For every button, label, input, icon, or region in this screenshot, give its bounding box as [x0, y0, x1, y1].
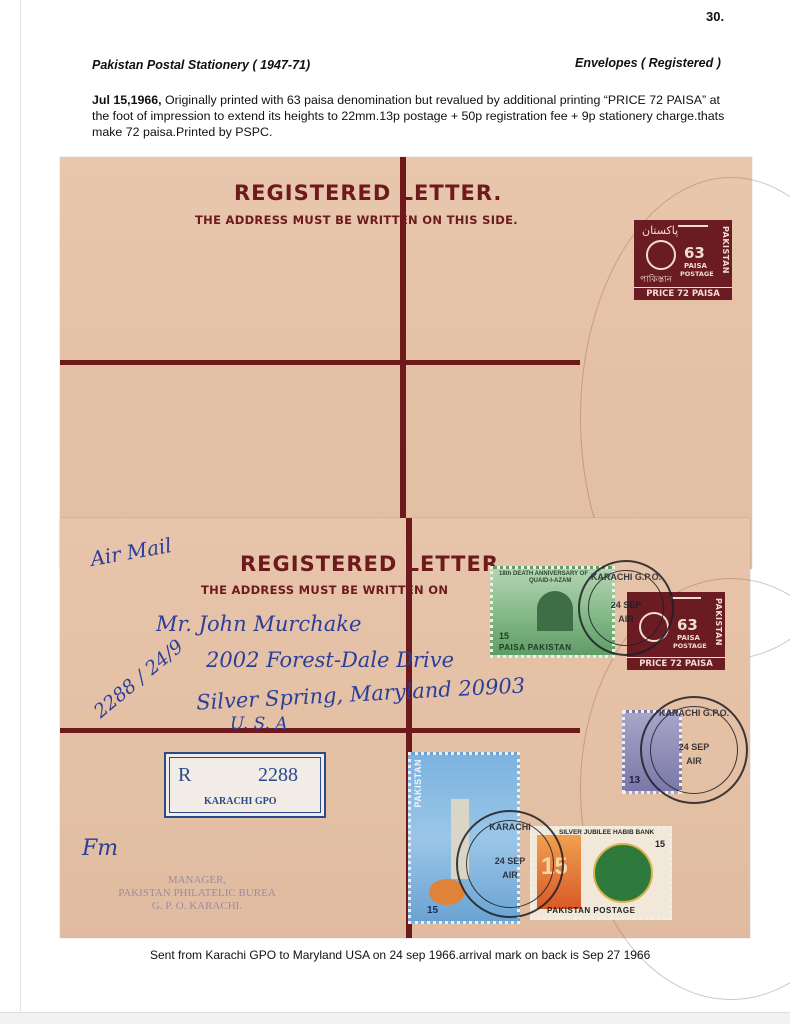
postmark-date: 24 SEP [580, 600, 672, 610]
page-number: 30. [706, 9, 724, 24]
stamp-value: 15 [499, 631, 509, 641]
stamp-inscription: SILVER JUBILEE HABIB BANK [559, 829, 654, 836]
postmark-date: 24 SEP [458, 856, 562, 866]
postmark: KARACHI G.P.O. 24 SEP AIR [578, 560, 674, 656]
horizontal-band [60, 360, 580, 365]
album-page-title: Pakistan Postal Stationery ( 1947-71) [92, 58, 310, 72]
postage-label: POSTAGE [680, 270, 714, 278]
stamp-value: 13 [629, 775, 640, 786]
horizontal-band [60, 728, 580, 733]
registration-label: R 2288 KARACHI GPO [164, 752, 326, 818]
postmark: KARACHI G.P.O. 24 SEP AIR [640, 696, 748, 804]
album-section-title: Envelopes ( Registered ) [575, 56, 721, 70]
paisa-label: PAISA [677, 634, 700, 642]
registration-office: KARACHI GPO [204, 796, 277, 807]
registered-letter-heading: REGISTERED LETTER [240, 552, 499, 576]
stamp-inscription: QUAID-I-AZAM [529, 578, 571, 584]
denomination: 63 [677, 616, 698, 634]
revalued-price: PRICE 72 PAISA [634, 287, 732, 300]
bank-emblem-icon [593, 843, 653, 903]
address-line-4: U. S. A [230, 714, 288, 734]
return-address-line: PAKISTAN PHILATELIC BUREA [92, 887, 302, 900]
address-line-2: 2002 Forest-Dale Drive [206, 648, 454, 672]
description-date: Jul 15,1966, [92, 93, 162, 107]
cotton-flower-icon [646, 240, 676, 270]
postmark-office: KARACHI G.P.O. [642, 708, 746, 718]
stamp-value: 15 [655, 839, 665, 849]
postmark-mode: AIR [580, 614, 672, 624]
arrow-ornament [678, 225, 708, 227]
paisa-label: PAISA [684, 262, 707, 270]
stamp-inscription: PAKISTAN [413, 759, 423, 808]
mausoleum-icon [537, 591, 573, 631]
postmark-office: KARACHI G.P.O. [580, 572, 672, 582]
arrow-ornament [671, 597, 701, 599]
registration-number: 2288 [258, 764, 298, 787]
address-line-1: Mr. John Murchake [156, 612, 361, 636]
urdu-text: پاکستان [642, 224, 678, 237]
postmark-mode: AIR [458, 870, 562, 880]
stamp-value: 15 [427, 905, 438, 916]
revalued-price: PRICE 72 PAISA [627, 657, 725, 670]
postmark: KARACHI 24 SEP AIR [456, 810, 564, 918]
registration-letter: R [178, 764, 191, 787]
return-address-line: G. P. O. KARACHI. [92, 900, 302, 913]
bengali-text: পাকিস্তান [640, 272, 672, 287]
return-address-cachet: MANAGER, PAKISTAN PHILATELIC BUREA G. P.… [92, 874, 302, 913]
postmark-date: 24 SEP [642, 742, 746, 752]
cover-caption: Sent from Karachi GPO to Maryland USA on… [150, 948, 710, 962]
postmark-mode: AIR [642, 756, 746, 766]
denomination: 63 [684, 244, 705, 262]
country-label: PAKISTAN [714, 598, 723, 646]
page-bottom-edge [0, 1012, 790, 1024]
postage-label: POSTAGE [673, 642, 707, 650]
description-text: Originally printed with 63 paisa denomin… [92, 93, 724, 139]
postmark-office: KARACHI [458, 822, 562, 832]
stamp-inscription: 18th DEATH ANNIVERSARY OF [499, 571, 588, 577]
sender-handwriting: Fm [82, 836, 118, 861]
address-instruction: THE ADDRESS MUST BE WRITTEN ON THIS SIDE… [195, 213, 518, 227]
envelope-unused: REGISTERED LETTER. THE ADDRESS MUST BE W… [60, 157, 752, 569]
stamp-inscription: PAISA PAKISTAN [499, 643, 571, 652]
printed-stamp-impression: پاکستان পাকিস্তান 63 PAISA POSTAGE PAKIS… [634, 220, 732, 300]
description: Jul 15,1966, Originally printed with 63 … [92, 92, 732, 140]
return-address-line: MANAGER, [92, 874, 302, 887]
stamp-inscription: PAKISTAN POSTAGE [547, 906, 635, 915]
country-label: PAKISTAN [721, 226, 730, 274]
registered-letter-heading: REGISTERED LETTER. [234, 181, 502, 205]
